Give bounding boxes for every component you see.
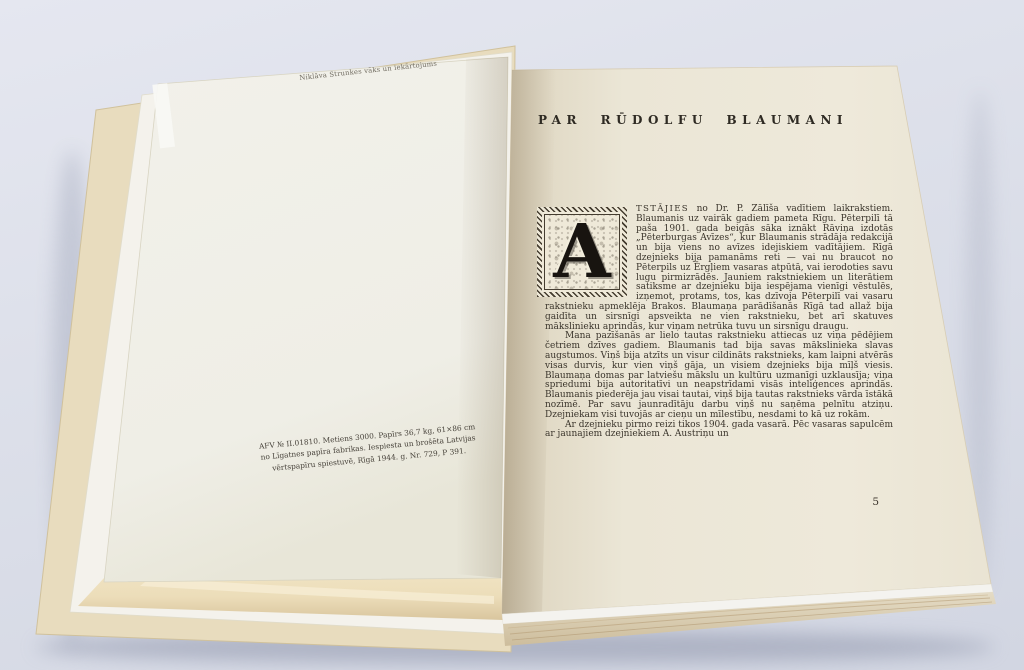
page-number: 5 bbox=[545, 496, 893, 508]
drop-cap-letter: A bbox=[542, 212, 622, 292]
drop-cap-ornament: A bbox=[537, 207, 627, 297]
paragraph-lead: TSTĀJIES bbox=[636, 204, 689, 214]
chapter-title: PAR RŪDOLFU BLAUMANI bbox=[538, 113, 894, 127]
book-photo: Niklāva Strunkes vāks un iekārtojums AFV… bbox=[0, 0, 1024, 670]
body-text: A TSTĀJIES no Dr. P. Zālīša vadītiem lai… bbox=[545, 205, 893, 440]
paragraph: Ar dzejnieku pirmo reizi tikos 1904. gad… bbox=[545, 421, 893, 441]
paragraph: Mana pazīšanās ar lielo tautas rakstniek… bbox=[545, 332, 893, 420]
